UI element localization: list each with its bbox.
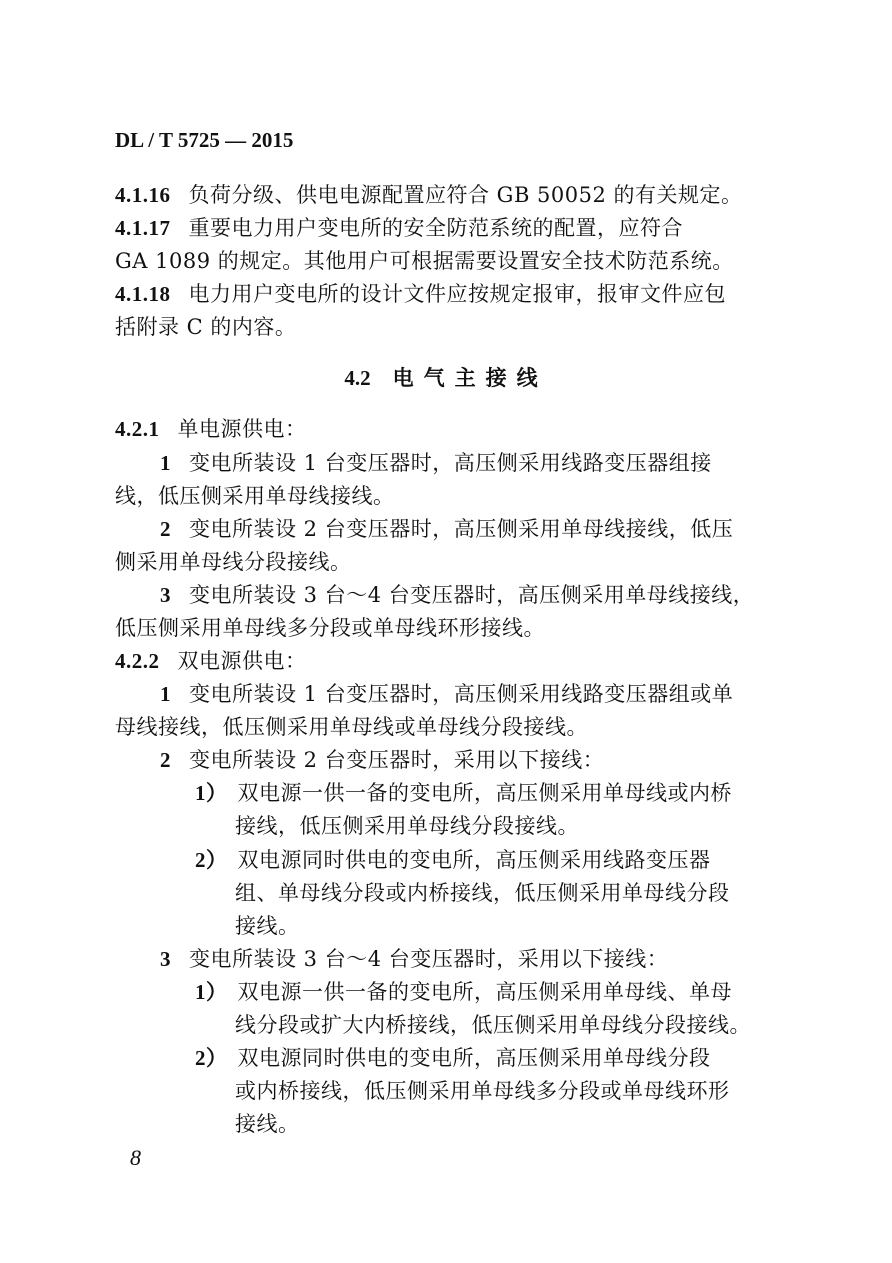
subitem-number: 1） (195, 781, 228, 805)
section-number: 4.2 (344, 366, 370, 390)
item-421-2-cont: 侧采用单母线分段接线。 (115, 547, 745, 577)
item-421-2: 2变电所装设 2 台变压器时，高压侧采用单母线接线，低压 (160, 514, 790, 544)
document-page: DL / T 5725 — 2015 4.1.16负荷分级、供电电源配置应符合 … (0, 0, 892, 1263)
page-number: 8 (130, 1145, 141, 1171)
subitem-422-2-2: 2）双电源同时供电的变电所，高压侧采用线路变压器 (195, 845, 825, 875)
item-number: 3 (160, 583, 171, 607)
subitem-422-3-2-cont1: 或内桥接线，低压侧采用单母线多分段或单母线环形 (235, 1076, 865, 1106)
item-421-3-cont: 低压侧采用单母线多分段或单母线环形接线。 (115, 613, 745, 643)
item-text: 变电所装设 3 台～4 台变压器时，采用以下接线： (189, 947, 668, 971)
subitem-422-3-2: 2）双电源同时供电的变电所，高压侧采用单母线分段 (195, 1043, 825, 1073)
subitem-text: 双电源同时供电的变电所，高压侧采用线路变压器 (238, 848, 711, 872)
item-number: 1 (160, 451, 171, 475)
subitem-text: 双电源同时供电的变电所，高压侧采用单母线分段 (238, 1046, 711, 1070)
item-422-3: 3变电所装设 3 台～4 台变压器时，采用以下接线： (160, 944, 790, 974)
item-number: 1 (160, 682, 171, 706)
item-422-1: 1变电所装设 1 台变压器时，高压侧采用线路变压器组或单 (160, 679, 790, 709)
clause-text: 负荷分级、供电电源配置应符合 GB 50052 的有关规定。 (189, 183, 743, 207)
clause-4-1-16: 4.1.16负荷分级、供电电源配置应符合 GB 50052 的有关规定。 (115, 180, 745, 210)
subitem-422-3-1-cont: 线分段或扩大内桥接线，低压侧采用单母线分段接线。 (235, 1010, 865, 1040)
subitem-number: 1） (195, 980, 228, 1004)
item-text: 变电所装设 2 台变压器时，采用以下接线： (189, 748, 604, 772)
clause-title: 单电源供电： (178, 417, 307, 441)
section-title: 电气主接线 (393, 365, 548, 390)
clause-number: 4.2.2 (115, 649, 160, 673)
clause-4-1-18: 4.1.18电力用户变电所的设计文件应按规定报审，报审文件应包 (115, 279, 745, 309)
item-text: 变电所装设 2 台变压器时，高压侧采用单母线接线，低压 (189, 517, 733, 541)
subitem-422-3-1: 1）双电源一供一备的变电所，高压侧采用单母线、单母 (195, 977, 825, 1007)
subitem-text: 双电源一供一备的变电所，高压侧采用单母线、单母 (238, 980, 733, 1004)
subitem-422-2-2-cont1: 组、单母线分段或内桥接线，低压侧采用单母线分段 (235, 878, 865, 908)
item-421-3: 3变电所装设 3 台～4 台变压器时，高压侧采用单母线接线， (160, 580, 790, 610)
clause-number: 4.2.1 (115, 417, 160, 441)
item-text: 变电所装设 3 台～4 台变压器时，高压侧采用单母线接线， (189, 583, 754, 607)
subitem-number: 2） (195, 848, 228, 872)
subitem-text: 双电源一供一备的变电所，高压侧采用单母线或内桥 (238, 781, 733, 805)
clause-number: 4.1.16 (115, 183, 171, 207)
item-number: 2 (160, 748, 171, 772)
clause-4-1-17: 4.1.17重要电力用户变电所的安全防范系统的配置，应符合 (115, 213, 745, 243)
clause-4-2-2: 4.2.2双电源供电： (115, 646, 745, 676)
clause-4-1-18-cont: 括附录 C 的内容。 (115, 312, 745, 342)
item-422-2: 2变电所装设 2 台变压器时，采用以下接线： (160, 745, 790, 775)
clause-text: 电力用户变电所的设计文件应按规定报审，报审文件应包 (189, 282, 727, 306)
clause-title: 双电源供电： (178, 649, 307, 673)
subitem-422-2-1-cont: 接线，低压侧采用单母线分段接线。 (235, 811, 865, 841)
standard-code-header: DL / T 5725 — 2015 (115, 128, 293, 153)
clause-number: 4.1.18 (115, 282, 171, 306)
subitem-422-3-2-cont2: 接线。 (235, 1109, 865, 1139)
item-421-1-cont: 线，低压侧采用单母线接线。 (115, 481, 745, 511)
item-text: 变电所装设 1 台变压器时，高压侧采用线路变压器组接 (189, 451, 712, 475)
clause-4-2-1: 4.2.1单电源供电： (115, 414, 745, 444)
subitem-422-2-1: 1）双电源一供一备的变电所，高压侧采用单母线或内桥 (195, 778, 825, 808)
subitem-number: 2） (195, 1046, 228, 1070)
item-text: 变电所装设 1 台变压器时，高压侧采用线路变压器组或单 (189, 682, 733, 706)
clause-text: 重要电力用户变电所的安全防范系统的配置，应符合 (189, 216, 684, 240)
item-number: 3 (160, 947, 171, 971)
item-422-1-cont: 母线接线，低压侧采用单母线或单母线分段接线。 (115, 712, 745, 742)
subitem-422-2-2-cont2: 接线。 (235, 911, 865, 941)
clause-4-1-17-cont: GA 1089 的规定。其他用户可根据需要设置安全技术防范系统。 (115, 246, 745, 276)
item-number: 2 (160, 517, 171, 541)
clause-number: 4.1.17 (115, 216, 171, 240)
item-421-1: 1变电所装设 1 台变压器时，高压侧采用线路变压器组接 (160, 448, 790, 478)
section-heading: 4.2电气主接线 (0, 362, 892, 392)
